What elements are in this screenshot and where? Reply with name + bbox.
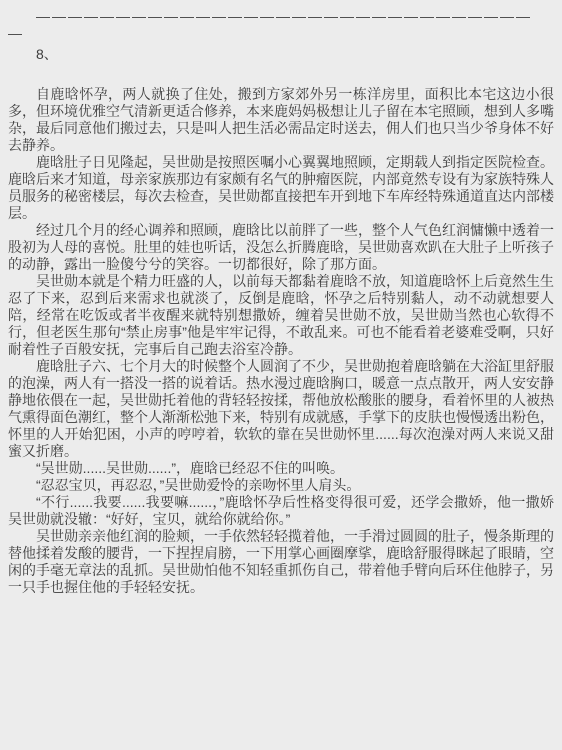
separator-line1: ——————————————————————————————— (36, 8, 532, 24)
separator-dashes: ———————————————————————————————— (8, 8, 554, 42)
paragraph: 自鹿晗怀孕，两人就换了住处，搬到方家郊外另一栋洋房里，面积比本宅这边小很多，但环… (8, 86, 554, 154)
paragraph: “忍忍宝贝，再忍忍，”吴世勋爱怜的亲吻怀里人肩头。 (8, 477, 554, 494)
paragraph: 吴世勋本就是个精力旺盛的人，以前每天都黏着鹿晗不放，知道鹿晗怀上后竟然生生忍了下… (8, 273, 554, 358)
paragraph: 吴世勋亲亲他红润的脸颊，一手依然轻轻揽着他，一手滑过圆圆的肚子，慢条斯理的替他揉… (8, 528, 554, 596)
section-number: 8、 (8, 46, 554, 63)
paragraph: 鹿晗肚子六、七个月大的时候整个人圆润了不少，吴世勋抱着鹿晗躺在大浴缸里舒服的泡澡… (8, 358, 554, 460)
paragraph: 鹿晗肚子日见隆起，吴世勋是按照医嘱小心翼翼地照顾，定期载人到指定医院检查。鹿晗后… (8, 154, 554, 222)
paragraph: “不行......我要......我要嘛......，”鹿晗怀孕后性格变得很可爱… (8, 494, 554, 528)
document-page: ———————————————————————————————— 8、 自鹿晗怀… (0, 0, 562, 750)
paragraph: 经过几个月的经心调养和照顾，鹿晗比以前胖了一些，整个人气色红润慵懒中透着一股初为… (8, 222, 554, 273)
paragraph: “吴世勋......吴世勋......”，鹿晗已经忍不住的叫唤。 (8, 460, 554, 477)
separator-line2: — (8, 25, 24, 41)
